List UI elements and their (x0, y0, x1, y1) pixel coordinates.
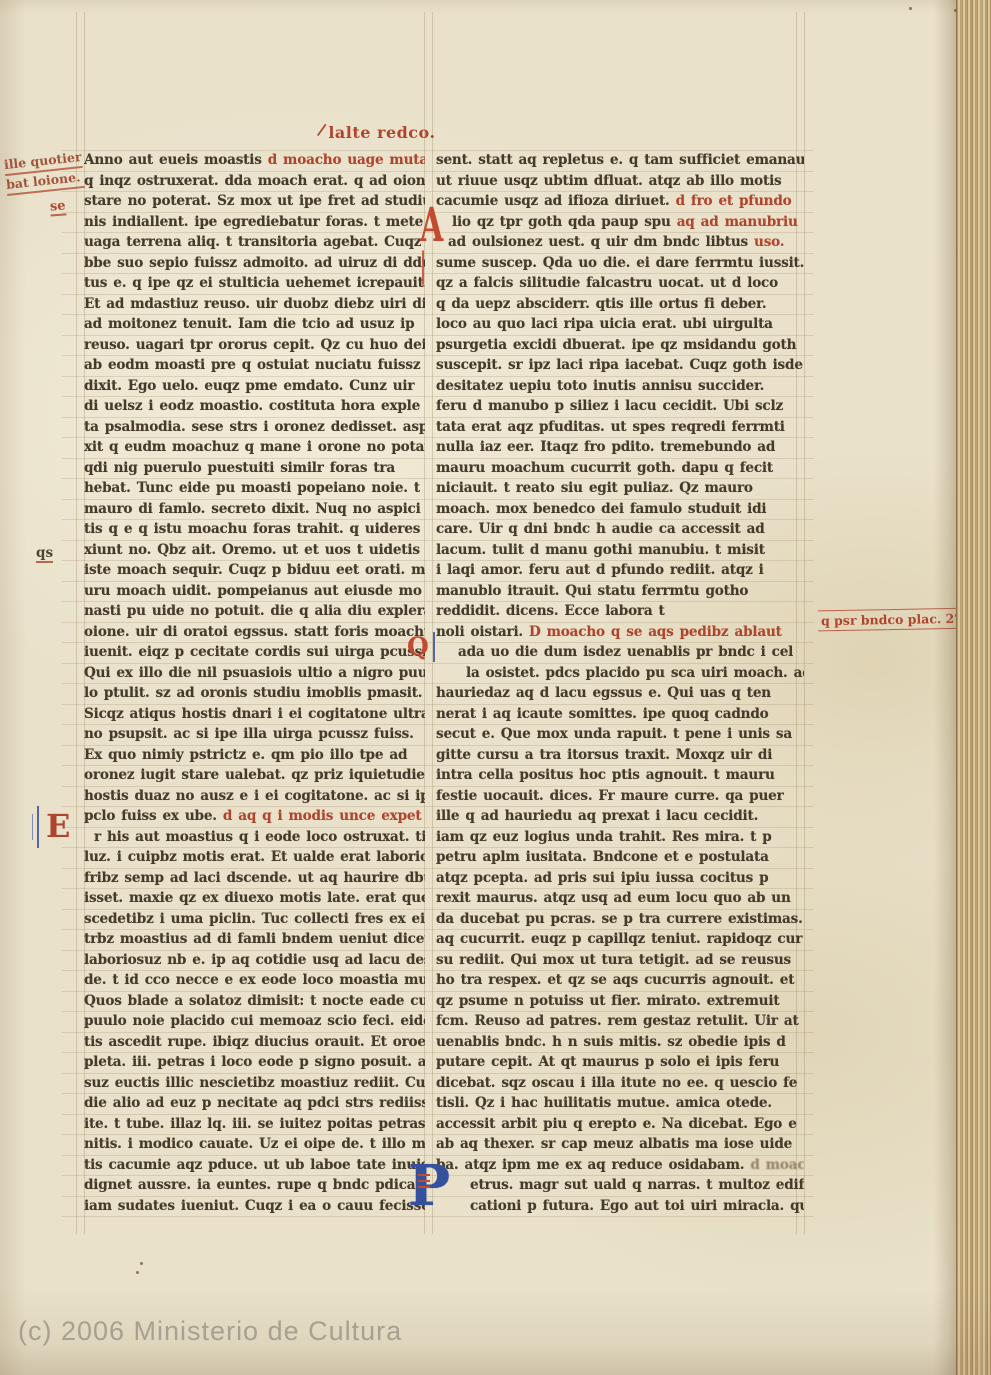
text-segment: ille q ad hauriedu aq prexat i lacu ceci… (436, 808, 758, 824)
manuscript-line: suscepit. sr ipz laci ripa iacebat. Cuqz… (436, 355, 804, 376)
text-segment: scedetibz i uma piclin. Tuc collecti fre… (84, 911, 425, 927)
rubric-segment: aq ad manubriu re (677, 214, 804, 230)
manuscript-line: i laqi amor. feru aut d pfundo rediit. a… (436, 560, 804, 581)
running-header-rubric: /lalte redco. (318, 123, 436, 142)
text-segment: no psupsit. ac si ipe illa uirga pcussz … (84, 726, 414, 742)
text-segment: ada uo die dum isdez uenablis pr bndc i … (458, 644, 793, 660)
running-header-text: lalte redco. (328, 123, 435, 142)
text-segment: di uelsz i eodz moastio. costituta hora … (84, 398, 420, 414)
text-segment: nis indiallent. ipe egrediebatur foras. … (84, 214, 423, 230)
manuscript-line: nitis. i modico cauate. Uz ei oipe de. t… (84, 1134, 425, 1155)
manuscript-line: trbz moastius ad di famli bndem ueniut d… (84, 929, 425, 950)
manuscript-line: manublo itrauit. Qui statu ferrmtu gotho (436, 581, 804, 602)
text-segment: sume suscep. Qda uo die. ei dare ferrmtu… (436, 255, 804, 271)
text-segment: trbz moastius ad di famli bndem ueniut d… (84, 931, 425, 947)
text-segment: accessit arbit piu q erepto e. Na diceba… (436, 1116, 797, 1132)
text-segment: die alio ad euz p necitate aq pdci strs … (84, 1095, 425, 1111)
manuscript-line: loco au quo laci ripa uicia erat. ubi ui… (436, 314, 804, 335)
manuscript-line: nis indiallent. ipe egrediebatur foras. … (84, 212, 425, 233)
manuscript-line: nerat i aq icaute somittes. ipe quoq cad… (436, 704, 804, 725)
manuscript-line: atqz pcepta. ad pris sui ipiu iussa coci… (436, 868, 804, 889)
manuscript-line: hauriedaz aq d lacu egssus e. Qui uas q … (436, 683, 804, 704)
initial-letter: P (408, 1153, 450, 1219)
text-segment: reuso. uagari tpr ororus cepit. Qz cu hu… (84, 337, 425, 353)
manuscript-line: putare cepit. At qt maurus p solo ei ipi… (436, 1052, 804, 1073)
text-column-right: sent. statt aq repletus e. q tam suffici… (436, 150, 804, 1216)
text-segment: tisli. Qz i hac huilitatis mutue. amica … (436, 1095, 772, 1111)
manuscript-line: tis ascedit rupe. ibiqz diucius orauit. … (84, 1032, 425, 1053)
text-segment: pleta. iii. petras i loco eode p signo p… (84, 1054, 425, 1070)
manuscript-line: su rediit. Qui mox ut tura tetigit. ad s… (436, 950, 804, 971)
vertical-ruling-line (804, 12, 805, 1234)
manuscript-line: die alio ad euz p necitate aq pdci strs … (84, 1093, 425, 1114)
text-segment: putare cepit. At qt maurus p solo ei ipi… (436, 1054, 779, 1070)
manuscript-line: q da uepz absciderr. qtis ille ortus fi … (436, 294, 804, 315)
text-segment: hauriedaz aq d lacu egssus e. Qui uas q … (436, 685, 771, 701)
text-segment: luz. i cuipbz motis erat. Et ualde erat … (84, 849, 425, 865)
text-segment: ba. atqz ipm me ex aq reduce osidabam. (436, 1157, 750, 1173)
text-segment: Sicqz atiqus hostis dnari i ei cogitaton… (84, 706, 425, 722)
text-segment: r his aut moastius q i eode loco ostruxa… (94, 829, 425, 845)
rubric-segment: D moacho q se aqs pedibz ablaut (529, 624, 782, 640)
manuscript-line: nasti pu uide no potuit. die q alia diu … (84, 601, 425, 622)
manuscript-line: mauru moachum cucurrit goth. dapu q feci… (436, 458, 804, 479)
manuscript-line: r his aut moastius q i eode loco ostruxa… (84, 827, 425, 848)
manuscript-line: ab eodm moasti pre q ostuiat nuciatu fui… (84, 355, 425, 376)
manuscript-line: q inqz ostruxerat. dda moach erat. q ad … (84, 171, 425, 192)
text-segment: Qui ex illo die nil psuasiois ultio a ni… (84, 665, 425, 681)
manuscript-line: la osistet. pdcs placido pu sca uiri moa… (436, 663, 804, 684)
text-segment: Anno aut eueis moastis (84, 152, 268, 168)
manuscript-line: Quos blade a solatoz dimisit: t nocte ea… (84, 991, 425, 1012)
manuscript-line: ada uo die dum isdez uenablis pr bndc i … (436, 642, 804, 663)
manuscript-line: reddidit. dicens. Ecce labora t (436, 601, 804, 622)
manuscript-line: cationi p futura. Ego aut toi uiri mirac… (436, 1196, 804, 1217)
manuscript-line: tata erat aqz pfuditas. ut spes reqredi … (436, 417, 804, 438)
text-segment: stare no poterat. Sz mox ut ipe fret ad … (84, 193, 425, 209)
initial-red-flourish (418, 1174, 430, 1176)
manuscript-line: ad oulsionez uest. q uir dm bndc libtus … (436, 232, 804, 253)
text-segment: ab eodm moasti pre q ostuiat nuciatu fui… (84, 357, 420, 373)
text-segment: iuenit. eiqz p cecitate cordis sui uirga… (84, 644, 425, 660)
text-segment: Ex quo nimiy pstrictz e. qm pio illo tpe… (84, 747, 407, 763)
text-segment: lo ptulit. sz ad oronis studiu imoblis p… (84, 685, 422, 701)
manuscript-line: qz a falcis silitudie falcastru uocat. u… (436, 273, 804, 294)
text-segment: suscepit. sr ipz laci ripa iacebat. Cuqz… (436, 357, 803, 373)
manuscript-line: ut riuue usqz ubtim dfluat. atqz ab illo… (436, 171, 804, 192)
text-segment: hostis duaz no ausz e i ei cogitatone. a… (84, 788, 425, 804)
manuscript-line: iam sudates iueniut. Cuqz i ea o cauu fe… (84, 1196, 425, 1217)
manuscript-line: isset. maxie qz ex diuexo motis late. er… (84, 888, 425, 909)
rubric-segment: d moacho uage mutad (268, 152, 425, 168)
manuscript-line: feru d manubo p siliez i lacu cecidit. U… (436, 396, 804, 417)
manuscript-line: pleta. iii. petras i loco eode p signo p… (84, 1052, 425, 1073)
marginal-note-qs: qs (36, 545, 53, 563)
text-segment: tis cacumie aqz pduce. ut ub laboe tate … (84, 1157, 425, 1173)
manuscript-line: hebat. Tunc eide pu moasti popeiano noie… (84, 478, 425, 499)
text-segment: feru d manubo p siliez i lacu cecidit. U… (436, 398, 783, 414)
manuscript-line: uenablis bndc. h n suis mitis. sz obedie… (436, 1032, 804, 1053)
text-segment: tis ascedit rupe. ibiqz diucius orauit. … (84, 1034, 425, 1050)
text-segment: rexit maurus. atqz usq ad eum locu quo a… (436, 890, 791, 906)
manuscript-line: lo ptulit. sz ad oronis studiu imoblis p… (84, 683, 425, 704)
manuscript-line: care. Uir q dni bndc h audie ca accessit… (436, 519, 804, 540)
manuscript-line: festie uocauit. dices. Fr maure curre. q… (436, 786, 804, 807)
manuscript-line: di uelsz i eodz moastio. costituta hora … (84, 396, 425, 417)
decorated-initial-Q: Q (407, 634, 429, 659)
manuscript-line: Sicqz atiqus hostis dnari i ei cogitaton… (84, 704, 425, 725)
decorated-initial-E: E (46, 810, 70, 842)
manuscript-line: sent. statt aq repletus e. q tam suffici… (436, 150, 804, 171)
manuscript-line: fcm. Reuso ad patres. rem gestaz retulit… (436, 1011, 804, 1032)
manuscript-line: xiunt no. Qbz ait. Oremo. ut et uos t ui… (84, 540, 425, 561)
decorated-initial-P: P (408, 1158, 450, 1214)
manuscript-line: mauro di famlo. secreto dixit. Nuq no as… (84, 499, 425, 520)
rubric-segment: uso. (754, 234, 784, 250)
text-segment: mauro di famlo. secreto dixit. Nuq no as… (84, 501, 421, 517)
text-segment: lio qz tpr goth qda paup spu (452, 214, 677, 230)
text-segment: oronez iugit stare ualebat. qz priz iqui… (84, 767, 425, 783)
text-segment: atqz pcepta. ad pris sui ipiu iussa coci… (436, 870, 768, 886)
manuscript-line: noli oistari. D moacho q se aqs pedibz a… (436, 622, 804, 643)
text-segment: iam sudates iueniut. Cuqz i ea o cauu fe… (84, 1198, 425, 1214)
manuscript-line: Anno aut eueis moastis d moacho uage mut… (84, 150, 425, 171)
text-segment: Quos blade a solatoz dimisit: t nocte ea… (84, 993, 425, 1009)
text-segment: etrus. magr sut uald q narras. t multoz … (470, 1177, 804, 1193)
text-segment: cacumie usqz ad ifioza diriuet. (436, 193, 676, 209)
text-segment: tus e. q ipe qz ei stulticia uehemet icr… (84, 275, 425, 291)
manuscript-line: bbe suo sepio fuissz admoito. ad uiruz d… (84, 253, 425, 274)
text-segment: la osistet. pdcs placido pu sca uiri moa… (466, 665, 804, 681)
text-segment: qz a falcis silitudie falcastru uocat. u… (436, 275, 778, 291)
manuscript-line: ho tra respex. et qz se aqs cucurris agn… (436, 970, 804, 991)
manuscript-line: tisli. Qz i hac huilitatis mutue. amica … (436, 1093, 804, 1114)
manuscript-line: luz. i cuipbz motis erat. Et ualde erat … (84, 847, 425, 868)
text-segment: qdi nig puerulo puestuiti similr foras t… (84, 460, 395, 476)
manuscript-line: oione. uir di oratoi egssus. statt foris… (84, 622, 425, 643)
text-segment: Et ad mdastiuz reuso. uir duobz diebz ui… (84, 296, 425, 312)
manuscript-line: accessit arbit piu q erepto e. Na diceba… (436, 1114, 804, 1135)
manuscript-line: gitte cursu a tra itorsus traxit. Moxqz … (436, 745, 804, 766)
text-segment: hebat. Tunc eide pu moasti popeiano noie… (84, 480, 420, 496)
decorated-initial-A: A (420, 204, 443, 251)
text-segment: ho tra respex. et qz se aqs cucurris agn… (436, 972, 794, 988)
paragraph-end-mark: ¶ (416, 1192, 425, 1208)
manuscript-line: secut e. Que mox unda rapuit. t pene i u… (436, 724, 804, 745)
pricking-hole (954, 9, 957, 12)
manuscript-line: dixit. Ego uelo. euqz pme emdato. Cunz u… (84, 376, 425, 397)
marginal-note-se: se (49, 198, 66, 216)
text-segment: uaga terrena aliq. t transitoria agebat.… (84, 234, 425, 250)
text-segment: gitte cursu a tra itorsus traxit. Moxqz … (436, 747, 772, 763)
text-segment: moach. mox benedco dei famulo studuit id… (436, 501, 766, 517)
text-segment: dicebat. sqz oscau i illa itute no ee. q… (436, 1075, 797, 1091)
text-segment: oione. uir di oratoi egssus. statt foris… (84, 624, 425, 640)
text-segment: laboriosuz nb e. ip aq cotidie usq ad la… (84, 952, 425, 968)
manuscript-line: uru moach uidit. pompeianus aut eiusde m… (84, 581, 425, 602)
text-segment: care. Uir q dni bndc h audie ca accessit… (436, 521, 765, 537)
manuscript-page: /lalte redco. ille quotier bat loione. s… (0, 0, 991, 1375)
manuscript-line: oronez iugit stare ualebat. qz priz iqui… (84, 765, 425, 786)
manuscript-line: pclo fuiss ex ube. d aq q i modis unce e… (84, 806, 425, 827)
text-segment: nasti pu uide no potuit. die q alia diu … (84, 603, 425, 619)
manuscript-line: nulla iaz eer. Itaqz fro pdito. tremebun… (436, 437, 804, 458)
text-segment: tata erat aqz pfuditas. ut spes reqredi … (436, 419, 785, 435)
text-segment: niciauit. t reato siu egit puliaz. Qz ma… (436, 480, 753, 496)
manuscript-line: laboriosuz nb e. ip aq cotidie usq ad la… (84, 950, 425, 971)
text-segment: bbe suo sepio fuissz admoito. ad uiruz d… (84, 255, 425, 271)
manuscript-line: niciauit. t reato siu egit puliaz. Qz ma… (436, 478, 804, 499)
manuscript-line: hostis duaz no ausz e i ei cogitatone. a… (84, 786, 425, 807)
manuscript-line: uaga terrena aliq. t transitoria agebat.… (84, 232, 425, 253)
manuscript-line: cacumie usqz ad ifioza diriuet. d fro et… (436, 191, 804, 212)
text-segment: tis q e q istu moachu foras trahit. q ui… (84, 521, 425, 537)
text-segment: iste moach sequir. Cuqz p biduu eet orat… (84, 562, 425, 578)
rubric-segment: d aq q i modis unce expet p duxit. (223, 808, 425, 824)
manuscript-line: tis q e q istu moachu foras trahit. q ui… (84, 519, 425, 540)
text-segment: uru moach uidit. pompeianus aut eiusde m… (84, 583, 422, 599)
pricking-hole (136, 1271, 139, 1274)
manuscript-line: lacum. tulit d manu gothi manubiu. t mis… (436, 540, 804, 561)
text-segment: su rediit. Qui mox ut tura tetigit. ad s… (436, 952, 791, 968)
pricking-hole (140, 1262, 143, 1265)
page-fold-shadow (934, 0, 958, 1375)
manuscript-line: ab aq thexer. sr cap meuz albatis ma ios… (436, 1134, 804, 1155)
text-segment: aq cucurrit. euqz p capillqz teniut. rap… (436, 931, 802, 947)
manuscript-line: moach. mox benedco dei famulo studuit id… (436, 499, 804, 520)
pricking-hole (909, 7, 912, 10)
vertical-ruling-line (432, 12, 433, 1234)
text-segment: da ducebat pu pcras. se p tra currere ex… (436, 911, 803, 927)
text-segment: petru aplm iusitata. Bndcone et e postul… (436, 849, 769, 865)
manuscript-line: Qui ex illo die nil psuasiois ultio a ni… (84, 663, 425, 684)
vertical-ruling-line (76, 12, 77, 1234)
manuscript-line: tus e. q ipe qz ei stulticia uehemet icr… (84, 273, 425, 294)
manuscript-line: rexit maurus. atqz usq ad eum locu quo a… (436, 888, 804, 909)
manuscript-line: ad moitonez tenuit. Iam die tcio ad usuz… (84, 314, 425, 335)
text-segment: festie uocauit. dices. Fr maure curre. q… (436, 788, 784, 804)
manuscript-line: no psupsit. ac si ipe illa uirga pcussz … (84, 724, 425, 745)
text-segment: ad moitonez tenuit. Iam die tcio ad usuz… (84, 316, 414, 332)
text-segment: pclo fuiss ex ube. (84, 808, 223, 824)
text-segment: fribz semp ad laci dscende. ut aq haurir… (84, 870, 425, 886)
manuscript-line: ta psalmodia. sese strs i oronez dedisse… (84, 417, 425, 438)
rubric-tick-mark: / (316, 120, 328, 140)
manuscript-line: fribz semp ad laci dscende. ut aq haurir… (84, 868, 425, 889)
text-segment: nerat i aq icaute somittes. ipe quoq cad… (436, 706, 769, 722)
text-segment: cationi p futura. Ego aut toi uiri mirac… (470, 1198, 804, 1214)
book-fore-edge (956, 0, 991, 1375)
text-segment: fcm. Reuso ad patres. rem gestaz retulit… (436, 1013, 799, 1029)
text-segment: mauru moachum cucurrit goth. dapu q feci… (436, 460, 773, 476)
text-segment: intra cella positus hoc ptis agnouit. t … (436, 767, 775, 783)
rubric-segment: d fro et pfundo (676, 193, 792, 209)
manuscript-line: da ducebat pu pcras. se p tra currere ex… (436, 909, 804, 930)
text-segment: suz euctis illic nescietibz moastiuz red… (84, 1075, 425, 1091)
manuscript-line: aq cucurrit. euqz p capillqz teniut. rap… (436, 929, 804, 950)
manuscript-line: lio qz tpr goth qda paup spu aq ad manub… (436, 212, 804, 233)
text-segment: puulo noie placido cui memoaz scio feci.… (84, 1013, 425, 1029)
text-segment: ab aq thexer. sr cap meuz albatis ma ios… (436, 1136, 792, 1152)
copyright-watermark: (c) 2006 Ministerio de Cultura (18, 1316, 402, 1347)
manuscript-line: psurgetia excidi dbuerat. ipe qz msidand… (436, 335, 804, 356)
text-segment: ite. t tube. illaz lq. iii. se iuitez po… (84, 1116, 425, 1132)
manuscript-line: stare no poterat. Sz mox ut ipe fret ad … (84, 191, 425, 212)
text-segment: xiunt no. Qbz ait. Oremo. ut et uos t ui… (84, 542, 425, 558)
manuscript-line: qz psume n potuiss ut fier. mirato. extr… (436, 991, 804, 1012)
text-segment: de. t id cco necce e ex eode loco moasti… (84, 972, 425, 988)
text-segment: uenablis bndc. h n suis mitis. sz obedie… (436, 1034, 786, 1050)
text-segment: ad oulsionez uest. q uir dm bndc libtus (448, 234, 754, 250)
text-segment: sent. statt aq repletus e. q tam suffici… (436, 152, 804, 168)
manuscript-line: dignet aussre. ia euntes. rupe q bndc pd… (84, 1175, 425, 1196)
manuscript-line: iste moach sequir. Cuqz p biduu eet orat… (84, 560, 425, 581)
manuscript-line: desitatez uepiu toto inutis annisu succi… (436, 376, 804, 397)
text-segment: ta psalmodia. sese strs i oronez dedisse… (84, 419, 425, 435)
text-segment: q da uepz absciderr. qtis ille ortus fi … (436, 296, 766, 312)
text-segment: nulla iaz eer. Itaqz fro pdito. tremebun… (436, 439, 775, 455)
text-segment: manublo itrauit. Qui statu ferrmtu gotho (436, 583, 748, 599)
manuscript-line: ille q ad hauriedu aq prexat i lacu ceci… (436, 806, 804, 827)
manuscript-line: iuenit. eiqz p cecitate cordis sui uirga… (84, 642, 425, 663)
text-segment: dixit. Ego uelo. euqz pme emdato. Cunz u… (84, 378, 414, 394)
manuscript-line: puulo noie placido cui memoaz scio feci.… (84, 1011, 425, 1032)
manuscript-line: qdi nig puerulo puestuiti similr foras t… (84, 458, 425, 479)
text-column-left: Anno aut eueis moastis d moacho uage mut… (84, 150, 425, 1216)
manuscript-line: reuso. uagari tpr ororus cepit. Qz cu hu… (84, 335, 425, 356)
manuscript-line: iam qz euz logius unda trahit. Res mira.… (436, 827, 804, 848)
text-segment: qz psume n potuiss ut fier. mirato. extr… (436, 993, 779, 1009)
manuscript-line: ite. t tube. illaz lq. iii. se iuitez po… (84, 1114, 425, 1135)
manuscript-line: de. t id cco necce e ex eode loco moasti… (84, 970, 425, 991)
text-segment: lacum. tulit d manu gothi manubiu. t mis… (436, 542, 765, 558)
manuscript-line: petru aplm iusitata. Bndcone et e postul… (436, 847, 804, 868)
marginal-note-left-top: ille quotier bat loione. (3, 148, 85, 196)
text-segment: isset. maxie qz ex diuexo motis late. er… (84, 890, 425, 906)
text-segment: dignet aussre. ia euntes. rupe q bndc pd… (84, 1177, 425, 1193)
text-segment: desitatez uepiu toto inutis annisu succi… (436, 378, 764, 394)
manuscript-line: ba. atqz ipm me ex aq reduce osidabam. d… (436, 1155, 804, 1176)
text-segment: loco au quo laci ripa uicia erat. ubi ui… (436, 316, 773, 332)
manuscript-line: Ex quo nimiy pstrictz e. qm pio illo tpe… (84, 745, 425, 766)
manuscript-line: tis cacumie aqz pduce. ut ub laboe tate … (84, 1155, 425, 1176)
text-segment: reddidit. dicens. Ecce labora t (436, 603, 665, 619)
text-segment: secut e. Que mox unda rapuit. t pene i u… (436, 726, 792, 742)
manuscript-line: suz euctis illic nescietibz moastiuz red… (84, 1073, 425, 1094)
manuscript-line: Et ad mdastiuz reuso. uir duobz diebz ui… (84, 294, 425, 315)
text-segment: iam qz euz logius unda trahit. Res mira.… (436, 829, 772, 845)
text-segment: psurgetia excidi dbuerat. ipe qz msidand… (436, 337, 796, 353)
manuscript-line: sume suscep. Qda uo die. ei dare ferrmtu… (436, 253, 804, 274)
manuscript-line: scedetibz i uma piclin. Tuc collecti fre… (84, 909, 425, 930)
faded-segment: d moacho placido (750, 1157, 804, 1173)
manuscript-line: xit q eudm moachuz q mane i orone no pot… (84, 437, 425, 458)
manuscript-line: dicebat. sqz oscau i illa itute no ee. q… (436, 1073, 804, 1094)
text-segment: q inqz ostruxerat. dda moach erat. q ad … (84, 173, 425, 189)
manuscript-line: intra cella positus hoc ptis agnouit. t … (436, 765, 804, 786)
text-segment: i laqi amor. feru aut d pfundo rediit. a… (436, 562, 764, 578)
text-segment: xit q eudm moachuz q mane i orone no pot… (84, 439, 425, 455)
text-segment: ut riuue usqz ubtim dfluat. atqz ab illo… (436, 173, 782, 189)
text-segment: noli oistari. (436, 624, 529, 640)
manuscript-line: etrus. magr sut uald q narras. t multoz … (436, 1175, 804, 1196)
text-segment: nitis. i modico cauate. Uz ei oipe de. t… (84, 1136, 425, 1152)
